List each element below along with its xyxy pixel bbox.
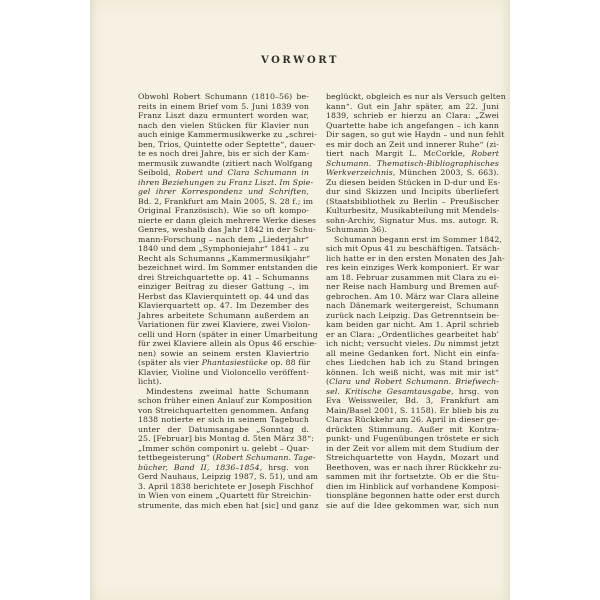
text-line: er an Clara: „Ordentliches gearbeitet ha… bbox=[326, 330, 499, 340]
text-line: es mir doch an Zeit und innerer Ruhe“ (z… bbox=[326, 140, 499, 150]
text-line: Recht als Schumanns „Kammermusikjahr“ bbox=[138, 254, 309, 264]
text-line: Herbst das Klavierquintett op. 44 und da… bbox=[138, 292, 309, 302]
text-line: tionspläne begonnen hatte oder erst durc… bbox=[326, 491, 499, 501]
text-line: Streichquartette von Haydn, Mozart und bbox=[326, 453, 499, 463]
page-title: VORWORT bbox=[90, 55, 510, 66]
text-line: tettbegeisterung“ (Robert Schumann. Tage… bbox=[138, 453, 309, 463]
text-line: „Immer schön componirt u. gelebt – Quar- bbox=[138, 444, 309, 454]
text-line: in Wien von einem „Quartett für Streichi… bbox=[138, 491, 309, 501]
text-line: Seibold, Robert und Clara Schumann in bbox=[138, 168, 309, 178]
text-line: mann-Forschung – nach dem „Liederjahr“ bbox=[138, 235, 309, 245]
text-line: all meine Gedanken fort. Nicht ein einfa… bbox=[326, 349, 499, 359]
text-line: drei Streichquartette op. 41 – Schumanns bbox=[138, 273, 309, 283]
text-line: in der Zeit vor allem mit dem Studium de… bbox=[326, 444, 499, 454]
text-line: Franz Liszt dazu ermuntert worden war, bbox=[138, 111, 309, 121]
text-line: reits in einem Brief vom 5. Juni 1839 vo… bbox=[138, 102, 309, 112]
text-line: Schumann begann erst im Sommer 1842, bbox=[326, 235, 499, 245]
text-line: nierte er dann gleich mehrere Werke dies… bbox=[138, 216, 309, 226]
text-line: strumente, das mich eben hat [sic] und g… bbox=[138, 501, 309, 511]
text-line: unter der Datumsangabe „Sonntag d. bbox=[138, 425, 309, 435]
text-line: nach Dänemark weitergereist, Schumann bbox=[326, 301, 499, 311]
text-line: Klavierquartett op. 47. Im Dezember des bbox=[138, 301, 309, 311]
text-line: ben, Trios, Quintette oder Septette“, da… bbox=[138, 140, 309, 150]
text-line: Variationen für zwei Klaviere, zwei Viol… bbox=[138, 320, 309, 330]
text-line: Quartette habe ich angefangen – ich kann bbox=[326, 121, 499, 131]
text-column-right: beglückt, obgleich es nur als Versuch ge… bbox=[326, 92, 499, 510]
text-line: lich hatte er in den ersten Monaten des … bbox=[326, 254, 499, 264]
text-line: Dir sagen, so gut wie Haydn – und nun fe… bbox=[326, 130, 499, 140]
text-line: am 18. Februar zusammen mit Clara zu ei- bbox=[326, 273, 499, 283]
text-line: können. Ich weiß nicht, was mit mir ist“ bbox=[326, 368, 499, 378]
text-line: bezeichnet wird. Im Sommer entstanden di… bbox=[138, 263, 309, 273]
text-line: licht). bbox=[138, 377, 309, 387]
text-line: sel. Kritische Gesamtausgabe, hrsg. von bbox=[326, 387, 499, 397]
text-line: 1840 und dem „Symphoniejahr“ 1841 – zu bbox=[138, 244, 309, 254]
text-line: 25. [Februar] bis Montag d. 5ten März 38… bbox=[138, 434, 309, 444]
text-line: Schumann. Thematisch-Bibliographisches bbox=[326, 159, 499, 169]
text-line: schon früher einen Anlauf zur Kompositio… bbox=[138, 396, 309, 406]
text-line: drückten Stimmung. Außer mit Kontra- bbox=[326, 425, 499, 435]
text-line: Main/Basel 2001, S. 1158). Er blieb bis … bbox=[326, 406, 499, 416]
text-line: (später als vier Phantasiestücke op. 88 … bbox=[138, 358, 309, 368]
text-line: res kein einziges Werk komponiert. Er wa… bbox=[326, 263, 499, 273]
text-line: ches Liedchen hab ich zu Stand bringen bbox=[326, 358, 499, 368]
text-line: punkt- und Fugenübungen tröstete er sich bbox=[326, 434, 499, 444]
text-line: Werkverzeichnis, München 2003, S. 663). bbox=[326, 168, 499, 178]
text-line: Klavier, Violine und Violoncello veröffe… bbox=[138, 368, 309, 378]
text-line: 1838 notierte er sich in seinem Tagebuch bbox=[138, 415, 309, 425]
text-line: von Streichquartetten genommen. Anfang bbox=[138, 406, 309, 416]
scan-background: VORWORT Obwohl Robert Schumann (1810–56)… bbox=[0, 0, 600, 600]
text-line: te es noch drei Jahre, bis er sich der K… bbox=[138, 149, 309, 159]
text-line: Bd. 2, Frankfurt am Main 2005, S. 28 f.;… bbox=[138, 197, 309, 207]
text-line: ihren Beziehungen zu Franz Liszt. Im Spi… bbox=[138, 178, 309, 188]
text-line: Jahres arbeitete Schumann außerdem an bbox=[138, 311, 309, 321]
text-line: Gerd Nauhaus, Leipzig 1987, S. 51), und … bbox=[138, 472, 309, 482]
text-line: sie auf die Idee gekommen war, sich nun bbox=[326, 501, 499, 511]
text-line: 3. April 1838 berichtete er Joseph Fisch… bbox=[138, 482, 309, 492]
text-line: Genres, weshalb das Jahr 1842 in der Sch… bbox=[138, 225, 309, 235]
text-line: nen) sowie an seinem ersten Klaviertrio bbox=[138, 349, 309, 359]
text-line: ich nicht; versucht vieles. Du nimmst je… bbox=[326, 339, 499, 349]
text-line: dur sind Skizzen und Incipits überliefer… bbox=[326, 187, 499, 197]
text-column-left: Obwohl Robert Schumann (1810–56) be-reit… bbox=[138, 92, 309, 510]
text-line: beglückt, obgleich es nur als Versuch ge… bbox=[326, 92, 499, 102]
text-line: bücher, Band II, 1836–1854, hrsg. von bbox=[138, 463, 309, 473]
text-line: nach den vielen Stücken für Klavier nun bbox=[138, 121, 309, 131]
text-line: sohn-Archiv, Signatur Mus. ms. autogr. R… bbox=[326, 216, 499, 226]
text-line: für zwei Klaviere allein als Opus 46 ers… bbox=[138, 339, 309, 349]
text-line: kann“. Gut ein Jahr später, am 22. Juni bbox=[326, 102, 499, 112]
text-line: sich mit Opus 41 zu beschäftigen. Tatsäc… bbox=[326, 244, 499, 254]
text-line: ner Reise nach Hamburg und Bremen auf- bbox=[326, 282, 499, 292]
text-line: Claras Rückkehr am 26. April in dieser g… bbox=[326, 415, 499, 425]
text-line: Schumann 36). bbox=[326, 225, 499, 235]
text-line: (Clara und Robert Schumann. Briefwech- bbox=[326, 377, 499, 387]
text-line: auch einige Kammermusikwerke zu „schrei- bbox=[138, 130, 309, 140]
text-line: Kulturbesitz, Musikabteilung mit Mendels… bbox=[326, 206, 499, 216]
text-line: (Staatsbibliothek zu Berlin – Preußische… bbox=[326, 197, 499, 207]
text-line: zurück nach Leipzig. Das Getrenntsein be… bbox=[326, 311, 499, 321]
text-line: dien im Hinblick auf vorhandene Komposi- bbox=[326, 482, 499, 492]
text-line: 1839, schrieb er hierzu an Clara: „Zwei bbox=[326, 111, 499, 121]
text-line: gel ihrer Korrespondenz und Schriften, bbox=[138, 187, 309, 197]
text-line: Obwohl Robert Schumann (1810–56) be- bbox=[138, 92, 309, 102]
text-line: kam beiden gar nicht. Am 1. April schrie… bbox=[326, 320, 499, 330]
text-line: sammen mit ihr fortsetzte. Ob er die Stu… bbox=[326, 472, 499, 482]
text-line: tiert nach Margit L. McCorkle, Robert bbox=[326, 149, 499, 159]
text-line: Original Französisch). Wie so oft kompo- bbox=[138, 206, 309, 216]
text-line: gebrochen. Am 10. März war Clara alleine bbox=[326, 292, 499, 302]
text-line: Eva Weissweiler, Bd. 3, Frankfurt am bbox=[326, 396, 499, 406]
text-line: Zu diesen beiden Stücken in D-dur und Es… bbox=[326, 178, 499, 188]
text-line: Mindestens zweimal hatte Schumann bbox=[138, 387, 309, 397]
text-line: Beethoven, was er nach ihrer Rückkehr zu… bbox=[326, 463, 499, 473]
text-line: celli und Horn (später in einer Umarbeit… bbox=[138, 330, 309, 340]
text-line: einziger Beitrag zu dieser Gattung –, im bbox=[138, 282, 309, 292]
text-line: mermusik zuwandte (zitiert nach Wolfgang bbox=[138, 159, 309, 169]
